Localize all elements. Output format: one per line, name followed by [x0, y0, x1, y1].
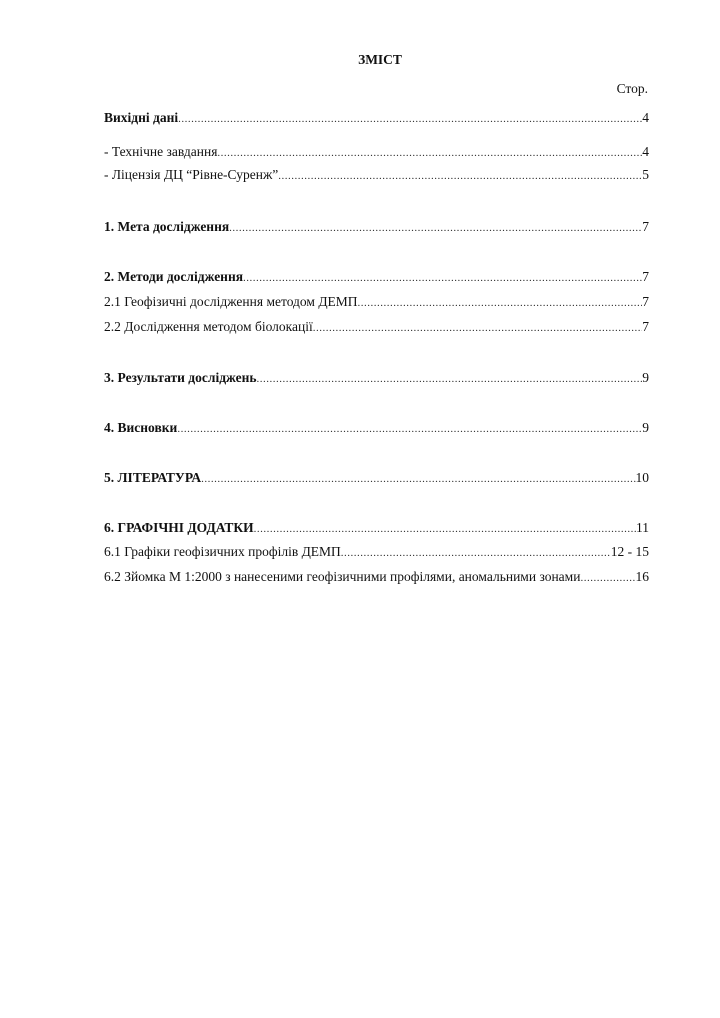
toc-entry-page: 7: [642, 269, 649, 285]
page-column-header: Стор.: [617, 81, 648, 97]
toc-entry-technical-task[interactable]: - Технічне завдання 4: [104, 144, 649, 161]
toc-entry-page: 7: [642, 219, 649, 235]
leader-dots: [278, 167, 642, 184]
leader-dots: [217, 144, 642, 161]
toc-entry-demp-method[interactable]: 2.1 Геофізичні дослідження методом ДЕМП …: [104, 294, 649, 311]
leader-dots: [257, 370, 643, 387]
toc-entry-conclusions[interactable]: 4. Висновки 9: [104, 420, 649, 437]
toc-entry-label: 2.1 Геофізичні дослідження методом ДЕМП: [104, 294, 358, 310]
leader-dots: [313, 319, 643, 336]
toc-entry-label: - Технічне завдання: [104, 144, 217, 160]
toc-entry-biolocation-method[interactable]: 2.2 Дослідження методом біолокації 7: [104, 319, 649, 336]
toc-entry-page: 5: [642, 167, 649, 183]
toc-entry-label: 6.2 Зйомка М 1:2000 з нанесеними геофізи…: [104, 569, 580, 585]
toc-entry-page: 7: [642, 294, 649, 310]
toc-entry-graphic-appendices[interactable]: 6. ГРАФІЧНІ ДОДАТКИ 11: [104, 520, 649, 537]
toc-entry-page: 7: [642, 319, 649, 335]
leader-dots: [243, 269, 642, 286]
toc-title: ЗМІСТ: [0, 52, 720, 68]
toc-entry-label: 1. Мета дослідження: [104, 219, 229, 235]
leader-dots: [580, 569, 635, 586]
toc-entry-page: 4: [642, 144, 649, 160]
toc-entry-page: 9: [642, 420, 649, 436]
toc-entry-page: 16: [636, 569, 650, 585]
leader-dots: [254, 520, 636, 537]
toc-entry-research-goal[interactable]: 1. Мета дослідження 7: [104, 219, 649, 236]
toc-entry-label: 2.2 Дослідження методом біолокації: [104, 319, 313, 335]
toc-entry-page: 9: [642, 370, 649, 386]
toc-entry-label: 3. Результати досліджень: [104, 370, 257, 386]
toc-entry-results[interactable]: 3. Результати досліджень 9: [104, 370, 649, 387]
toc-entry-survey-map[interactable]: 6.2 Зйомка М 1:2000 з нанесеними геофізи…: [104, 569, 649, 586]
toc-entry-label: 2. Методи дослідження: [104, 269, 243, 285]
toc-entry-label: - Ліцензія ДЦ “Рівне-Суренж”: [104, 167, 278, 183]
toc-entry-page: 12 - 15: [611, 544, 649, 560]
toc-entry-license[interactable]: - Ліцензія ДЦ “Рівне-Суренж” 5: [104, 167, 649, 184]
toc-entry-research-methods[interactable]: 2. Методи дослідження 7: [104, 269, 649, 286]
toc-entry-source-data[interactable]: Вихідні дані 4: [104, 110, 649, 127]
toc-entry-page: 10: [636, 470, 650, 486]
leader-dots: [201, 470, 635, 487]
leader-dots: [178, 110, 642, 127]
toc-entry-label: 6. ГРАФІЧНІ ДОДАТКИ: [104, 520, 254, 536]
leader-dots: [229, 219, 642, 236]
leader-dots: [358, 294, 643, 311]
toc-entry-page: 11: [636, 520, 649, 536]
leader-dots: [177, 420, 642, 437]
toc-entry-label: 4. Висновки: [104, 420, 177, 436]
leader-dots: [341, 544, 611, 561]
toc-entry-label: 5. ЛІТЕРАТУРА: [104, 470, 201, 486]
toc-entry-demp-profiles[interactable]: 6.1 Графіки геофізичних профілів ДЕМП 12…: [104, 544, 649, 561]
toc-entry-label: Вихідні дані: [104, 110, 178, 126]
toc-entry-literature[interactable]: 5. ЛІТЕРАТУРА 10: [104, 470, 649, 487]
toc-entry-label: 6.1 Графіки геофізичних профілів ДЕМП: [104, 544, 341, 560]
toc-entry-page: 4: [642, 110, 649, 126]
